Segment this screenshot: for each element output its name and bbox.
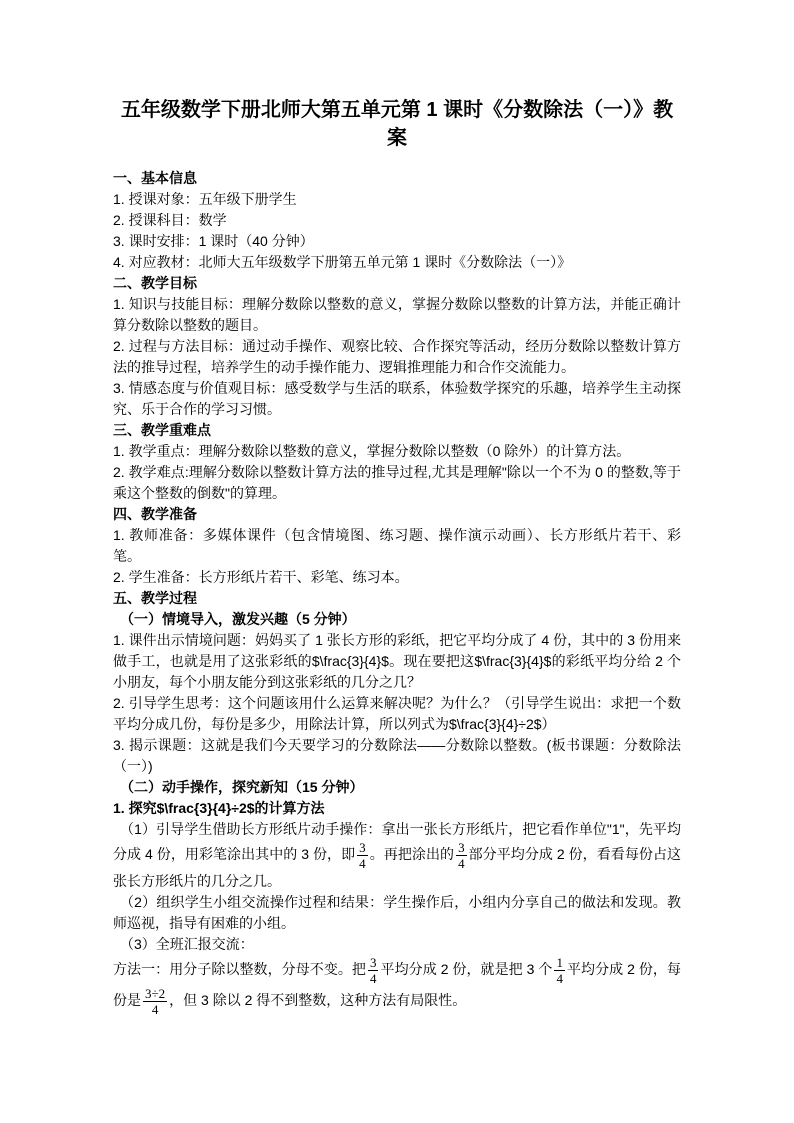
text-run: 1. 知识与技能目标：理解分数除以整数的意义，掌握分数除以整数的计算方法，并能正…	[113, 296, 681, 333]
text-run: 一、基本信息	[113, 170, 197, 186]
text-run: 方法一：用分子除以整数，分母不变。把	[113, 961, 366, 977]
paragraph: 3. 情感态度与价值观目标：感受数学与生活的联系，体验数学探究的乐趣，培养学生主…	[113, 378, 681, 420]
paragraph: 1. 授课对象：五年级下册学生	[113, 189, 681, 210]
text-run: （二）动手操作，探究新知（15 分钟）	[120, 779, 363, 795]
document-blocks: 一、基本信息1. 授课对象：五年级下册学生2. 授课科目：数学3. 课时安排：1…	[113, 168, 681, 1017]
text-run: （3）全班汇报交流：	[120, 936, 254, 952]
fraction-denominator: 4	[357, 856, 368, 871]
text-run: 2. 引导学生思考：这个问题该用什么运算来解决呢？为什么？（引导学生说出：求把一…	[113, 695, 681, 732]
text-run: 2. 学生准备：长方形纸片若干、彩笔、练习本。	[113, 569, 409, 585]
text-run: 五、教学过程	[113, 590, 197, 606]
section-heading: 四、教学准备	[113, 504, 681, 525]
paragraph: 方法一：用分子除以整数，分母不变。把34平均分成 2 份，就是把 3 个14平均…	[113, 955, 681, 1017]
fraction: 3÷24	[143, 986, 167, 1017]
text-run: （一）情境导入，激发兴趣（5 分钟）	[120, 611, 356, 627]
text-run: 二、教学目标	[113, 275, 197, 291]
fraction-denominator: 4	[456, 856, 467, 871]
subsection-heading: （一）情境导入，激发兴趣（5 分钟）	[113, 609, 681, 630]
text-run: 三、教学重难点	[113, 422, 211, 438]
text-run: 1. 教师准备：多媒体课件（包含情境图、练习题、操作演示动画）、长方形纸片若干、…	[113, 527, 681, 564]
fraction-denominator: 4	[143, 1002, 167, 1017]
paragraph: （1）引导学生借助长方形纸片动手操作：拿出一张长方形纸片，把它看作单位"1"，先…	[113, 819, 681, 892]
text-run: （2）组织学生小组交流操作过程和结果：学生操作后，小组内分享自己的做法和发现。教…	[113, 894, 681, 931]
paragraph: 1. 教学重点：理解分数除以整数的意义，掌握分数除以整数（0 除外）的计算方法。	[113, 441, 681, 462]
document-page: 五年级数学下册北师大第五单元第 1 课时《分数除法（一）》教案 一、基本信息1.…	[0, 0, 794, 1123]
document-title: 五年级数学下册北师大第五单元第 1 课时《分数除法（一）》教案	[113, 96, 681, 152]
text-run: 2. 授课科目：数学	[113, 212, 227, 228]
text-run: 3. 揭示课题：这就是我们今天要学习的分数除法——分数除以整数。(板书课题：分数…	[113, 737, 681, 774]
paragraph: 1. 知识与技能目标：理解分数除以整数的意义，掌握分数除以整数的计算方法，并能正…	[113, 294, 681, 336]
fraction-numerator: 3÷2	[143, 986, 167, 1002]
paragraph: 3. 揭示课题：这就是我们今天要学习的分数除法——分数除以整数。(板书课题：分数…	[113, 735, 681, 777]
text-run: 1. 探究$\frac{3}{4}÷2$的计算方法	[113, 800, 325, 816]
text-run: 1. 课件出示情境问题：妈妈买了 1 张长方形的彩纸，把它平均分成了 4 份，其…	[113, 632, 681, 690]
text-run: 3. 情感态度与价值观目标：感受数学与生活的联系，体验数学探究的乐趣，培养学生主…	[113, 380, 681, 417]
section-heading: 二、教学目标	[113, 273, 681, 294]
fraction-numerator: 3	[368, 955, 379, 971]
fraction-numerator: 3	[456, 840, 467, 856]
text-run: 2. 教学难点:理解分数除以整数计算方法的推导过程,尤其是理解"除以一个不为 0…	[113, 464, 681, 501]
subsection-heading: （二）动手操作，探究新知（15 分钟）	[113, 777, 681, 798]
paragraph: （3）全班汇报交流：	[113, 934, 681, 955]
text-run: 。再把涂出的	[370, 846, 454, 862]
text-run: 平均分成 2 份，就是把 3 个	[380, 961, 552, 977]
section-heading: 三、教学重难点	[113, 420, 681, 441]
paragraph: 2. 过程与方法目标：通过动手操作、观察比较、合作探究等活动，经历分数除以整数计…	[113, 336, 681, 378]
paragraph: 1. 课件出示情境问题：妈妈买了 1 张长方形的彩纸，把它平均分成了 4 份，其…	[113, 630, 681, 693]
text-run: 四、教学准备	[113, 506, 197, 522]
fraction: 34	[368, 955, 379, 986]
paragraph: （2）组织学生小组交流操作过程和结果：学生操作后，小组内分享自己的做法和发现。教…	[113, 892, 681, 934]
paragraph: 2. 授课科目：数学	[113, 210, 681, 231]
fraction-denominator: 4	[368, 971, 379, 986]
text-run: ，但 3 除以 2 得不到整数，这种方法有局限性。	[169, 992, 466, 1008]
paragraph: 2. 引导学生思考：这个问题该用什么运算来解决呢？为什么？（引导学生说出：求把一…	[113, 693, 681, 735]
fraction-numerator: 1	[554, 955, 565, 971]
paragraph: 4. 对应教材：北师大五年级数学下册第五单元第 1 课时《分数除法（一）》	[113, 252, 681, 273]
paragraph: 3. 课时安排：1 课时（40 分钟）	[113, 231, 681, 252]
paragraph: 1. 教师准备：多媒体课件（包含情境图、练习题、操作演示动画）、长方形纸片若干、…	[113, 525, 681, 567]
fraction: 34	[357, 840, 368, 871]
fraction-denominator: 4	[554, 971, 565, 986]
text-run: 3. 课时安排：1 课时（40 分钟）	[113, 233, 314, 249]
text-run: 1. 教学重点：理解分数除以整数的意义，掌握分数除以整数（0 除外）的计算方法。	[113, 443, 630, 459]
text-run: 1. 授课对象：五年级下册学生	[113, 191, 297, 207]
fraction-numerator: 3	[357, 840, 368, 856]
point-heading: 1. 探究$\frac{3}{4}÷2$的计算方法	[113, 798, 681, 819]
text-run: 4. 对应教材：北师大五年级数学下册第五单元第 1 课时《分数除法（一）》	[113, 254, 571, 270]
section-heading: 五、教学过程	[113, 588, 681, 609]
paragraph: 2. 学生准备：长方形纸片若干、彩笔、练习本。	[113, 567, 681, 588]
paragraph: 2. 教学难点:理解分数除以整数计算方法的推导过程,尤其是理解"除以一个不为 0…	[113, 462, 681, 504]
text-run: 2. 过程与方法目标：通过动手操作、观察比较、合作探究等活动，经历分数除以整数计…	[113, 338, 681, 375]
section-heading: 一、基本信息	[113, 168, 681, 189]
fraction: 34	[456, 840, 467, 871]
fraction: 14	[554, 955, 565, 986]
